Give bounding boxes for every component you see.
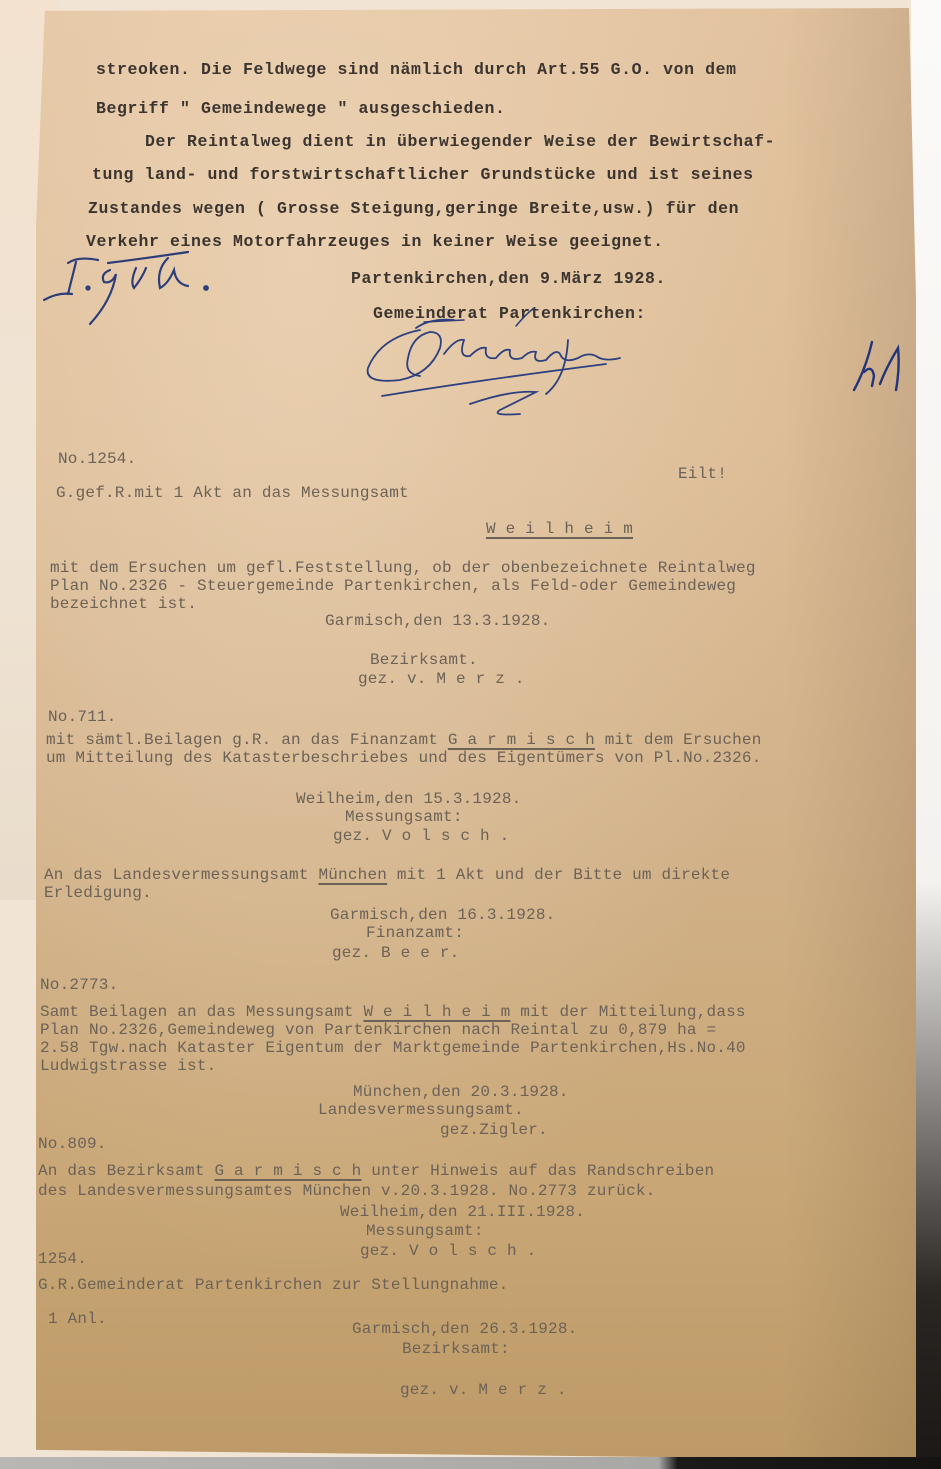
- body-prefix: An das Landesvermessungsamt: [44, 866, 318, 884]
- entry-body-line: mit dem Ersuchen um gefl.Feststellung, o…: [50, 559, 756, 577]
- entry-place-date: Weilheim,den 15.3.1928.: [296, 790, 521, 808]
- entry-office: Bezirksamt.: [370, 651, 478, 669]
- entry-body-line: Samt Beilagen an das Messungsamt W e i l…: [40, 1003, 746, 1021]
- enclosure-note: 1 Anl.: [48, 1310, 107, 1328]
- entry-signed: gez. V o l s c h .: [333, 827, 509, 845]
- entry-body-line: Plan No.2326 - Steuergemeinde Partenkirc…: [50, 577, 736, 595]
- entry-body-line: um Mitteilung des Katasterbeschriebes un…: [46, 749, 762, 767]
- urgent-mark: Eilt!: [678, 465, 727, 483]
- entry-body-line: Erledigung.: [44, 884, 152, 902]
- entry-body-line: 2.58 Tgw.nach Kataster Eigentum der Mark…: [40, 1039, 746, 1057]
- entry-place-date: Garmisch,den 26.3.1928.: [352, 1320, 577, 1338]
- entry-place-date: München,den 20.3.1928.: [353, 1083, 569, 1101]
- entry-number: No.2773.: [40, 976, 118, 994]
- entry-number: No.711.: [48, 708, 117, 726]
- letter-line: Zustandes wegen ( Grosse Steigung,gering…: [88, 200, 739, 218]
- entry-body-line: des Landesvermessungsamtes München v.20.…: [38, 1182, 656, 1200]
- entry-office: Bezirksamt:: [402, 1340, 510, 1358]
- body-suffix: mit 1 Akt und der Bitte um direkte: [387, 866, 730, 884]
- entry-office: Messungsamt:: [345, 808, 463, 826]
- entry-office: Messungsamt:: [366, 1222, 484, 1240]
- letter-line: tung land- und forstwirtschaftlicher Gru…: [92, 166, 754, 184]
- entry-destination: W e i l h e i m: [363, 1003, 510, 1021]
- body-prefix: An das Bezirksamt: [38, 1162, 214, 1180]
- entry-destination: G a r m i s c h: [448, 731, 595, 749]
- body-prefix: Samt Beilagen an das Messungsamt: [40, 1003, 363, 1021]
- entry-signed: gez. v. M e r z .: [358, 670, 525, 688]
- handwritten-annotation-left: [38, 248, 218, 328]
- body-suffix: unter Hinweis auf das Randschreiben: [361, 1162, 714, 1180]
- entry-destination: München: [318, 866, 387, 884]
- letter-line: Begriff " Gemeindewege " ausgeschieden.: [96, 100, 506, 118]
- entry-office: Landesvermessungsamt.: [318, 1101, 524, 1119]
- entry-place-date: Garmisch,den 16.3.1928.: [330, 906, 555, 924]
- entry-number: No.809.: [38, 1135, 107, 1153]
- entry-signed: gez. v. M e r z .: [400, 1381, 567, 1399]
- entry-body-line: mit sämtl.Beilagen g.R. an das Finanzamt…: [46, 731, 762, 749]
- entry-body-line: bezeichnet ist.: [50, 595, 197, 613]
- entry-number: No.1254.: [58, 450, 136, 468]
- entry-body-line: Plan No.2326,Gemeindeweg von Partenkirch…: [40, 1021, 716, 1039]
- entry-signed: gez. V o l s c h .: [360, 1242, 536, 1260]
- entry-addressee: G.gef.R.mit 1 Akt an das Messungsamt: [56, 484, 409, 502]
- entry-destination: G a r m i s c h: [214, 1162, 361, 1180]
- entry-place-date: Weilheim,den 21.III.1928.: [340, 1203, 585, 1221]
- entry-office: Finanzamt:: [366, 924, 464, 942]
- entry-body-line: G.R.Gemeinderat Partenkirchen zur Stellu…: [38, 1276, 508, 1294]
- entry-number: 1254.: [38, 1250, 87, 1268]
- entry-signed: gez. B e e r.: [332, 944, 459, 962]
- letter-line: Der Reintalweg dient in überwiegender We…: [145, 133, 775, 151]
- handwritten-initials: [850, 338, 910, 398]
- entry-body-line: Ludwigstrasse ist.: [40, 1057, 216, 1075]
- body-prefix: mit sämtl.Beilagen g.R. an das Finanzamt: [46, 731, 448, 749]
- entry-signed: gez.Zigler.: [440, 1121, 548, 1139]
- entry-destination: W e i l h e i m: [486, 520, 633, 538]
- letter-place-date: Partenkirchen,den 9.März 1928.: [351, 270, 666, 288]
- body-suffix: mit der Mitteilung,dass: [510, 1003, 745, 1021]
- entry-body-line: An das Bezirksamt G a r m i s c h unter …: [38, 1162, 714, 1180]
- entry-body-line: An das Landesvermessungsamt München mit …: [44, 866, 730, 884]
- letter-line: streoken. Die Feldwege sind nämlich durc…: [96, 61, 737, 79]
- body-suffix: mit dem Ersuchen: [595, 731, 762, 749]
- entry-place-date: Garmisch,den 13.3.1928.: [325, 612, 550, 630]
- handwritten-signature: [360, 318, 650, 418]
- desk-surface: [0, 1457, 941, 1469]
- pen-strike-marks: [418, 306, 538, 330]
